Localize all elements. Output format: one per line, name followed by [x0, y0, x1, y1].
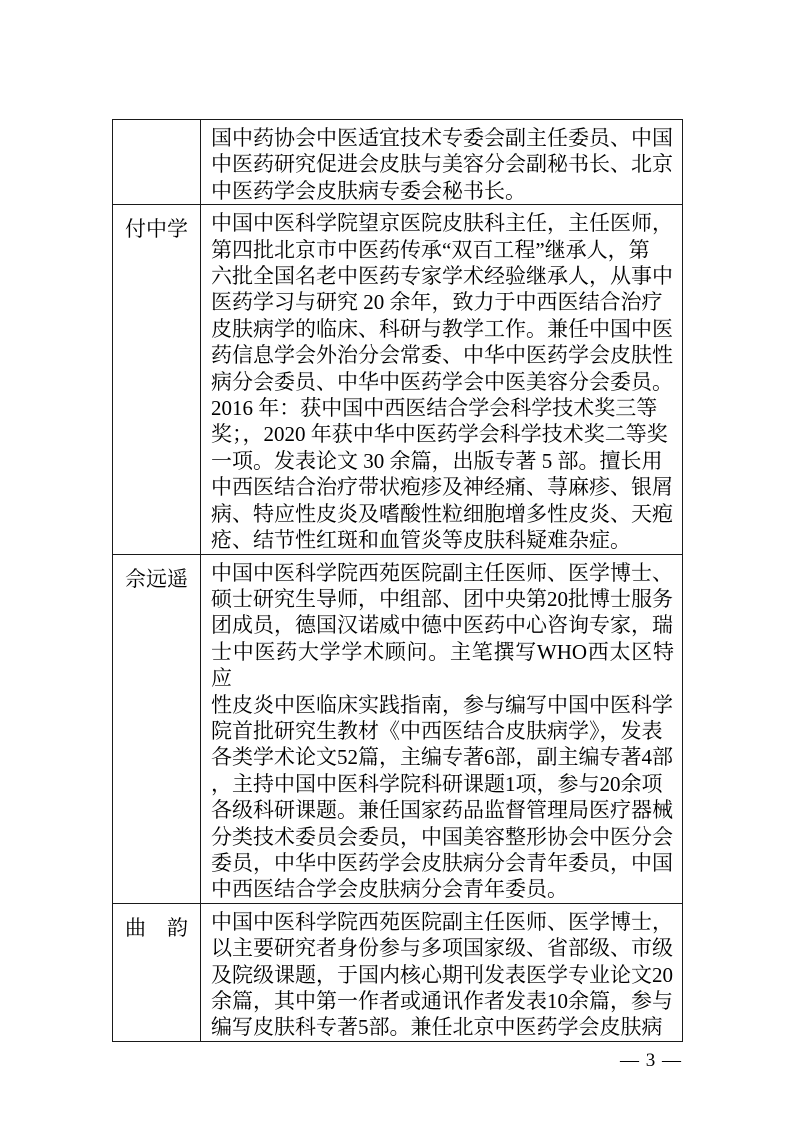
expert-bio-cell: 中国中医科学院望京医院皮肤科主任，主任医师， 第四批北京市中医药传承“双百工程”… [201, 205, 683, 554]
expert-name-cell: 曲 韵 [113, 903, 201, 1041]
table-row: 付中学 中国中医科学院望京医院皮肤科主任，主任医师， 第四批北京市中医药传承“双… [113, 205, 683, 554]
expert-bio-cell: 中国中医科学院西苑医院副主任医师、医学博士， 以主要研究者身份参与多项国家级、省… [201, 903, 683, 1041]
table-row: 曲 韵 中国中医科学院西苑医院副主任医师、医学博士， 以主要研究者身份参与多项国… [113, 903, 683, 1041]
expert-name-cell [113, 120, 201, 205]
expert-bio-table: 国中药协会中医适宜技术专委会副主任委员、中国 中医药研究促进会皮肤与美容分会副秘… [112, 119, 683, 1042]
table-row: 国中药协会中医适宜技术专委会副主任委员、中国 中医药研究促进会皮肤与美容分会副秘… [113, 120, 683, 205]
page-number: — 3 — [112, 1050, 682, 1072]
expert-name-cell: 佘远遥 [113, 554, 201, 903]
expert-bio-cell: 国中药协会中医适宜技术专委会副主任委员、中国 中医药研究促进会皮肤与美容分会副秘… [201, 120, 683, 205]
expert-name-cell: 付中学 [113, 205, 201, 554]
document-page: 国中药协会中医适宜技术专委会副主任委员、中国 中医药研究促进会皮肤与美容分会副秘… [0, 0, 800, 1131]
table-row: 佘远遥 中国中医科学院西苑医院副主任医师、医学博士、 硕士研究生导师，中组部、团… [113, 554, 683, 903]
expert-bio-cell: 中国中医科学院西苑医院副主任医师、医学博士、 硕士研究生导师，中组部、团中央第2… [201, 554, 683, 903]
